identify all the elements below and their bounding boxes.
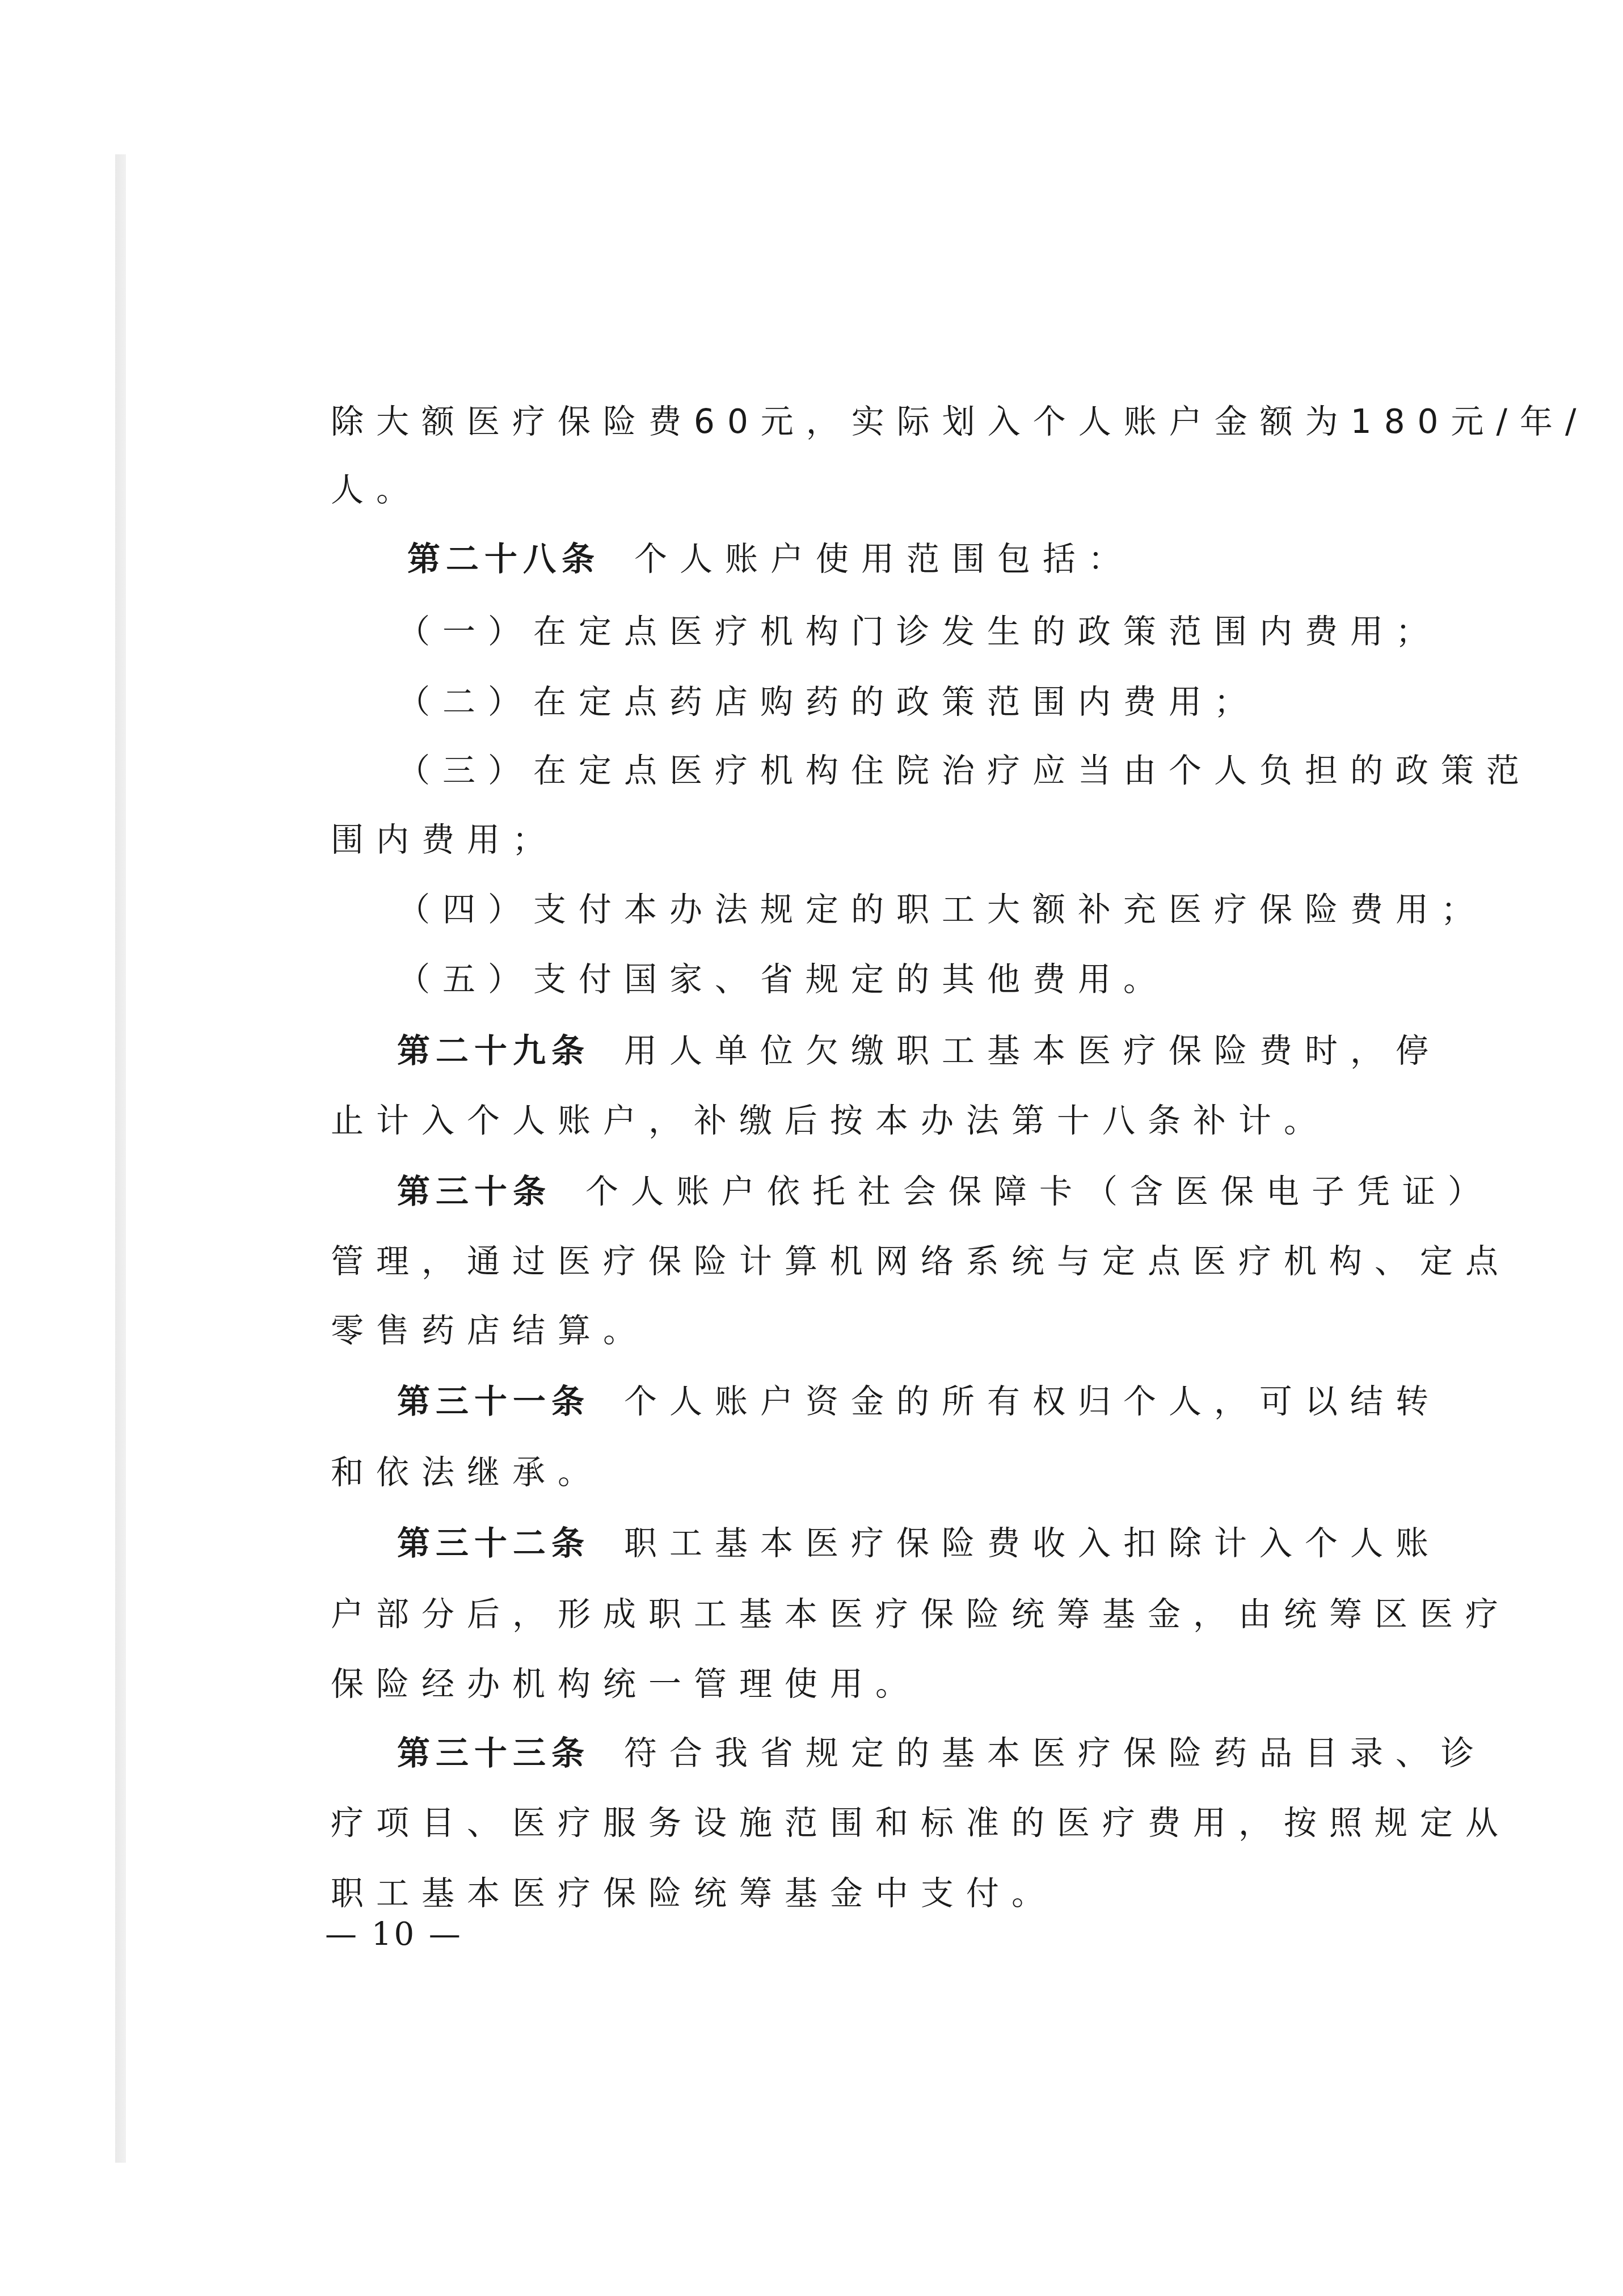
paragraph-line: 零售药店结算。: [331, 1308, 648, 1353]
paragraph-line: 职工基本医疗保险统筹基金中支付。: [331, 1870, 1057, 1916]
paragraph-line: 户部分后，形成职工基本医疗保险统筹基金，由统筹区医疗: [331, 1591, 1511, 1637]
article-32: 第三十二条职工基本医疗保险费收入扣除计入个人账: [397, 1520, 1441, 1566]
list-item: （一）在定点医疗机构门诊发生的政策范围内费用；: [397, 609, 1441, 654]
article-text: 个人账户依托社会保障卡（含医保电子凭证）: [585, 1172, 1493, 1211]
article-title: 第三十三条: [397, 1734, 590, 1772]
page-number: — 10 —: [325, 1915, 463, 1954]
list-item-continuation: 围内费用；: [331, 817, 558, 862]
paragraph-line: 疗项目、医疗服务设施范围和标准的医疗费用，按照规定从: [331, 1800, 1511, 1846]
list-item: （三）在定点医疗机构住院治疗应当由个人负担的政策范: [397, 748, 1532, 793]
article-text: 职工基本医疗保险费收入扣除计入个人账: [624, 1524, 1441, 1562]
paragraph-line: 除大额医疗保险费60元，实际划入个人账户金额为180元/年/: [331, 399, 1589, 444]
article-title: 第二十九条: [397, 1031, 590, 1070]
list-item: （四）支付本办法规定的职工大额补充医疗保险费用；: [397, 887, 1486, 932]
article-30: 第三十条个人账户依托社会保障卡（含医保电子凭证）: [397, 1169, 1493, 1214]
article-title: 第三十条: [397, 1172, 551, 1211]
article-text: 符合我省规定的基本医疗保险药品目录、诊: [624, 1734, 1486, 1772]
paragraph-line: 管理，通过医疗保险计算机网络系统与定点医疗机构、定点: [331, 1238, 1511, 1284]
document-page: 除大额医疗保险费60元，实际划入个人账户金额为180元/年/ 人。 第二十八条个…: [0, 0, 1623, 2296]
paragraph-line: 止计入个人账户，补缴后按本办法第十八条补计。: [331, 1098, 1329, 1143]
article-text: 个人账户资金的所有权归个人，可以结转: [624, 1382, 1441, 1421]
list-item: （二）在定点药店购药的政策范围内费用；: [397, 679, 1259, 724]
list-item: （五）支付国家、省规定的其他费用。: [397, 957, 1169, 1002]
paragraph-line: 保险经办机构统一管理使用。: [331, 1661, 921, 1707]
article-title: 第三十二条: [397, 1524, 590, 1562]
article-33: 第三十三条符合我省规定的基本医疗保险药品目录、诊: [397, 1730, 1486, 1776]
article-28: 第二十八条个人账户使用范围包括：: [407, 536, 1133, 582]
paragraph-line: 和依法继承。: [331, 1450, 603, 1495]
article-title: 第三十一条: [397, 1382, 590, 1421]
article-29: 第二十九条用人单位欠缴职工基本医疗保险费时，停: [397, 1028, 1441, 1073]
paragraph-line: 人。: [331, 467, 421, 512]
article-title: 第二十八条: [407, 540, 600, 578]
article-text: 个人账户使用范围包括：: [634, 540, 1133, 578]
article-text: 用人单位欠缴职工基本医疗保险费时，停: [624, 1031, 1441, 1070]
article-31: 第三十一条个人账户资金的所有权归个人，可以结转: [397, 1379, 1441, 1424]
